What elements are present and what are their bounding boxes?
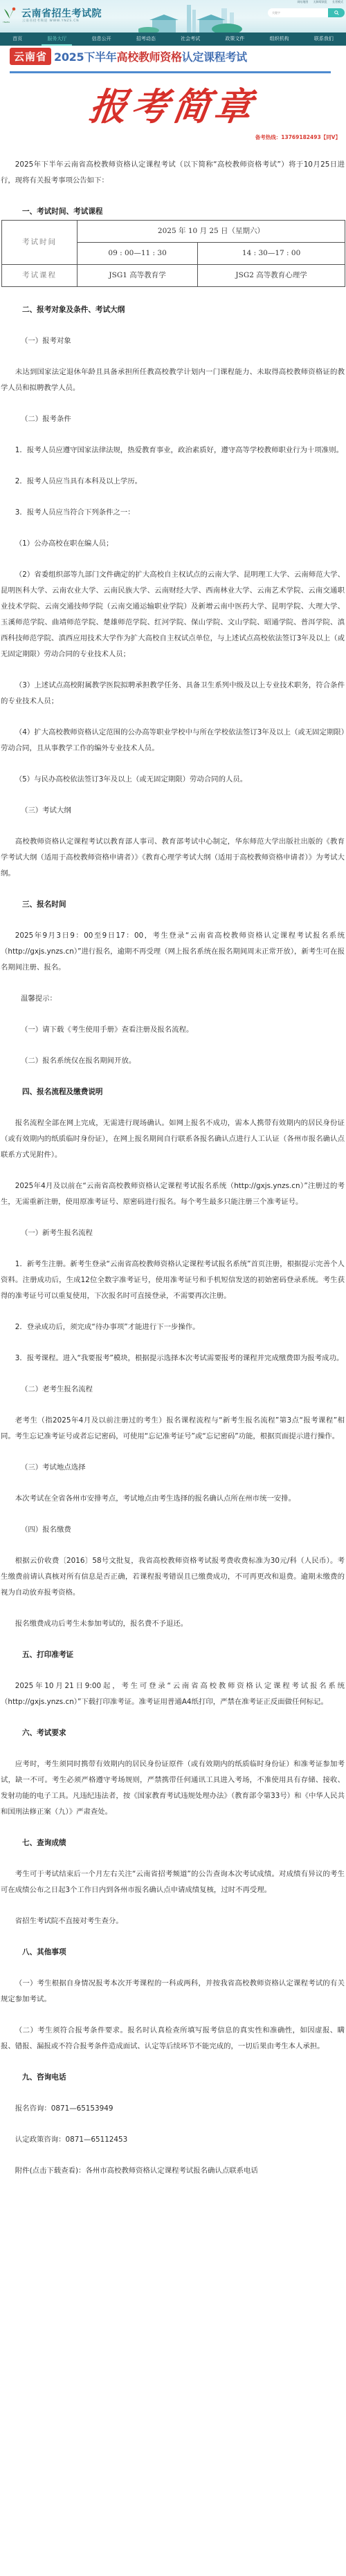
condition-3-item: （3）上述试点高校附属教学医院拟聘承担教学任务、具备卫生系列中级及以上专业技术职… (1, 678, 345, 710)
hotline-text: 备考热线：13769182493【同V】 (255, 133, 340, 141)
new-candidate-step: 3．报考课程。进入“我要报考”模块，根据提示选择本次考试需要报考的课程并完成缴费… (1, 1351, 345, 1366)
banner-title-highlight: 高校教师资格 (116, 50, 181, 64)
subheading-eligible-candidates: （一）报考对象 (1, 333, 345, 349)
syllabus-text: 高校教师资格认定课程考试以教育部人事司、教育部考试中心制定，华东师范大学出版社出… (1, 834, 345, 882)
eligible-candidates-text: 未达到国家法定退休年龄且具备承担所任教高校教学计划内一门课程能力、未取得高校教师… (1, 364, 345, 396)
section-heading-9: 九、咨询电话 (1, 2070, 345, 2086)
phone-policy: 认定政策咨询：0871—65112453 (1, 2132, 345, 2148)
condition-3: 3．报考人员应当符合下列条件之一： (1, 505, 345, 521)
subheading-new-candidate: （一）新考生报名流程 (1, 1225, 345, 1241)
registration-time-text: 2025年9月3日9：00至9日17：00，考生登录“云南省高校教师资格认定课程… (1, 928, 345, 976)
fee-text: 根据云价收费〔2016〕58号文批复，我省高校教师资格考试报考费收费标准为30元… (1, 1553, 345, 1601)
subheading-syllabus: （三）考试大纲 (1, 803, 345, 819)
tip-system-open: （二）报名系统仅在报名期间开放。 (1, 1053, 345, 1069)
process-intro-1: 报名流程全部在网上完成，无需进行现场确认。如网上报名不成功，需本人携带有效期内的… (1, 1115, 345, 1163)
section-heading-3: 三、报名时间 (1, 897, 345, 913)
article-body: 2025年下半年云南省高校教师资格认定课程考试（以下简称“高校教师资格考试”）将… (0, 157, 346, 2187)
subheading-fee: （四）报名缴费 (1, 1522, 345, 1538)
score-query-text: 考生可于考试结束后一个月左右关注“云南省招考频道”的公告查询本次考试成绩。对成绩… (1, 1866, 345, 1898)
condition-1: 1．报考人员应遵守国家法律法规，热爱教育事业，政治素质好，遵守高等学校教师职业行… (1, 443, 345, 458)
table-label-exam-time: 考试时间 (2, 221, 78, 265)
subheading-exam-location: （三）考试地点选择 (1, 1460, 345, 1476)
table-morning-time: 09 : 00—11 : 30 (78, 243, 198, 265)
section-heading-6: 六、考试要求 (1, 1725, 345, 1741)
tip-download-manual[interactable]: （一）请下载《考生使用手册》查看注册及报名流程。 (1, 1022, 345, 1038)
attachment-link[interactable]: 附件(点击下载查看)：各州市高校教师资格认定课程考试报名确认点联系电话 (1, 2163, 345, 2179)
banner-underline (10, 71, 331, 73)
returning-candidate-text: 老考生（指2025年4月及以前注册过的考生）报名课程流程与“新考生报名流程”第3… (1, 1413, 345, 1445)
province-tag: 云南省 (10, 48, 51, 65)
table-label-exam-course: 考试课程 (2, 265, 78, 287)
other-item-1: （一）考生根据自身情况报考本次开考课程的一科或两科，并按我省高校教师资格认定课程… (1, 1976, 345, 2008)
section-heading-7: 七、查询成绩 (1, 1835, 345, 1851)
big-title: 报考简章 (0, 77, 346, 131)
condition-3-item: （5）与民办高校依法签订3年及以上（或无固定期限）劳动合同的人员。 (1, 772, 345, 788)
banner-title: 2025下半年高校教师资格认定课程考试 (54, 48, 247, 64)
table-morning-course: JSG1 高等教育学 (78, 265, 198, 287)
process-intro-2: 2025年4月及以前在“云南省高校教师资格认定课程考试报名系统（http://g… (1, 1178, 345, 1210)
section-heading-8: 八、其他事项 (1, 1945, 345, 1961)
intro-paragraph: 2025年下半年云南省高校教师资格认定课程考试（以下简称“高校教师资格考试”）将… (1, 157, 345, 189)
section-heading-5: 五、打印准考证 (1, 1647, 345, 1663)
banner-title-year: 2025下半年 (54, 50, 116, 64)
phone-registration: 报名咨询：0871—65153949 (1, 2101, 345, 2117)
subheading-returning-candidate: （二）老考生报名流程 (1, 1382, 345, 1398)
banner-title-suffix: 认定课程考试 (182, 50, 247, 64)
condition-3-item: （2）省委组织部等九部门文件确定的扩大高校自主权试点的云南大学、昆明理工大学、云… (1, 567, 345, 662)
new-candidate-step: 2．登录成功后，须完成“待办事项”才能进行下一步操作。 (1, 1319, 345, 1335)
section-heading-2: 二、报考对象及条件、考试大纲 (1, 302, 345, 318)
exam-requirements-text: 应考时，考生须同时携带有效期内的居民身份证原件（或有效期内的纸质临时身份证）和准… (1, 1757, 345, 1820)
new-candidate-step: 1．新考生注册。新考生登录“云南省高校教师资格认定课程考试报名系统”首页注册，根… (1, 1257, 345, 1304)
score-query-note: 省招生考试院不直接对考生查分。 (1, 1914, 345, 1929)
section-heading-4: 四、报名流程及缴费说明 (1, 1084, 345, 1100)
condition-3-item: （4）扩大高校教师资格认定范围的公办高等职业学校中与所在学校依法签订3年及以上（… (1, 725, 345, 757)
exam-schedule-table: 考试时间 2025 年 10 月 25 日（星期六） 09 : 00—11 : … (1, 220, 345, 287)
condition-2: 2．报考人员应当具有本科及以上学历。 (1, 474, 345, 490)
fee-no-refund-text: 报名缴费成功后考生未参加考试的，报名费不予退还。 (1, 1616, 345, 1632)
title-banner: 云南省 2025下半年高校教师资格认定课程考试 报考简章 备考热线：137691… (0, 0, 346, 131)
table-afternoon-time: 14 : 30—17 : 00 (198, 243, 345, 265)
subheading-conditions: （二）报考条件 (1, 411, 345, 427)
other-item-2: （二）考生须符合报考条件要求。报名时认真检查所填写报考信息的真实性和准确性，如因… (1, 2023, 345, 2055)
tips-label: 温馨提示： (1, 991, 345, 1007)
table-exam-date: 2025 年 10 月 25 日（星期六） (78, 221, 345, 243)
exam-location-text: 本次考试在全省各州市安排考点，考试地点由考生选择的报名确认点所在州市统一安排。 (1, 1491, 345, 1507)
table-afternoon-course: JSG2 高等教育心理学 (198, 265, 345, 287)
condition-3-item: （1）公办高校在职在编人员； (1, 536, 345, 552)
section-heading-1: 一、考试时间、考试课程 (1, 204, 345, 220)
admission-ticket-text: 2025年10月21日9:00起，考生可登录“云南省高校教师资格认定课程考试报名… (1, 1678, 345, 1710)
banner-title-row: 云南省 2025下半年高校教师资格认定课程考试 (10, 48, 247, 65)
